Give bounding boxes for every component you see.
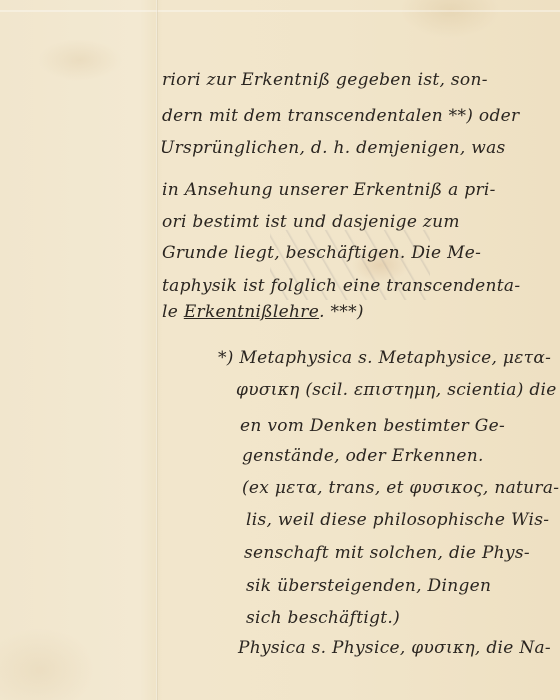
footnote-line-9: sich beschäftigt.) [246,610,400,627]
main-text-line-2: dern mit dem transcendentalen **) oder [162,108,519,125]
main-text-line-6: Grunde liegt, beschäftigen. Die Me- [162,245,481,262]
main-text-line-7: taphysik ist folglich eine transcendenta… [162,278,520,295]
footnote-line-4: genstände, oder Erkennen. [242,448,484,465]
paper-top-edge [0,10,560,12]
footnote-line-3: en vom Denken bestimter Ge- [240,418,505,435]
footnote-line-8: sik übersteigenden, Dingen [246,578,491,595]
footnote-line-6: lis, weil diese philosophische Wis- [246,512,549,529]
footnote-line-2: φυσικη (scil. επιστημη, scientia) die Wi… [236,382,560,399]
footnote-line-7: senschaft mit solchen, die Phys- [244,545,530,562]
underlined-term: Erkentnißlehre [184,302,319,322]
footnote-line-1: *) Metaphysica s. Metaphysice, μετα- [218,350,551,367]
footnote-line-5: (ex μετα, trans, et φυσικος, natura- [242,480,559,497]
footnote-line-10: Physica s. Physice, φυσικη, die Na- [238,640,551,657]
main-text-line-3: Ursprünglichen, d. h. demjenigen, was [160,140,506,157]
main-text-line-4: in Ansehung unserer Erkentniß a pri- [162,182,496,199]
main-text-line-1: riori zur Erkentniß gegeben ist, son- [162,72,488,89]
main-text-line-8: le Erkentnißlehre. ***) [162,304,364,321]
manuscript-page: riori zur Erkentniß gegeben ist, son- de… [0,0,560,700]
paper-fold-line [156,0,158,700]
main-text-line-5: ori bestimt ist und dasjenige zum [162,214,460,231]
main-text-line-8-text: le Erkentnißlehre. ***) [162,302,364,322]
